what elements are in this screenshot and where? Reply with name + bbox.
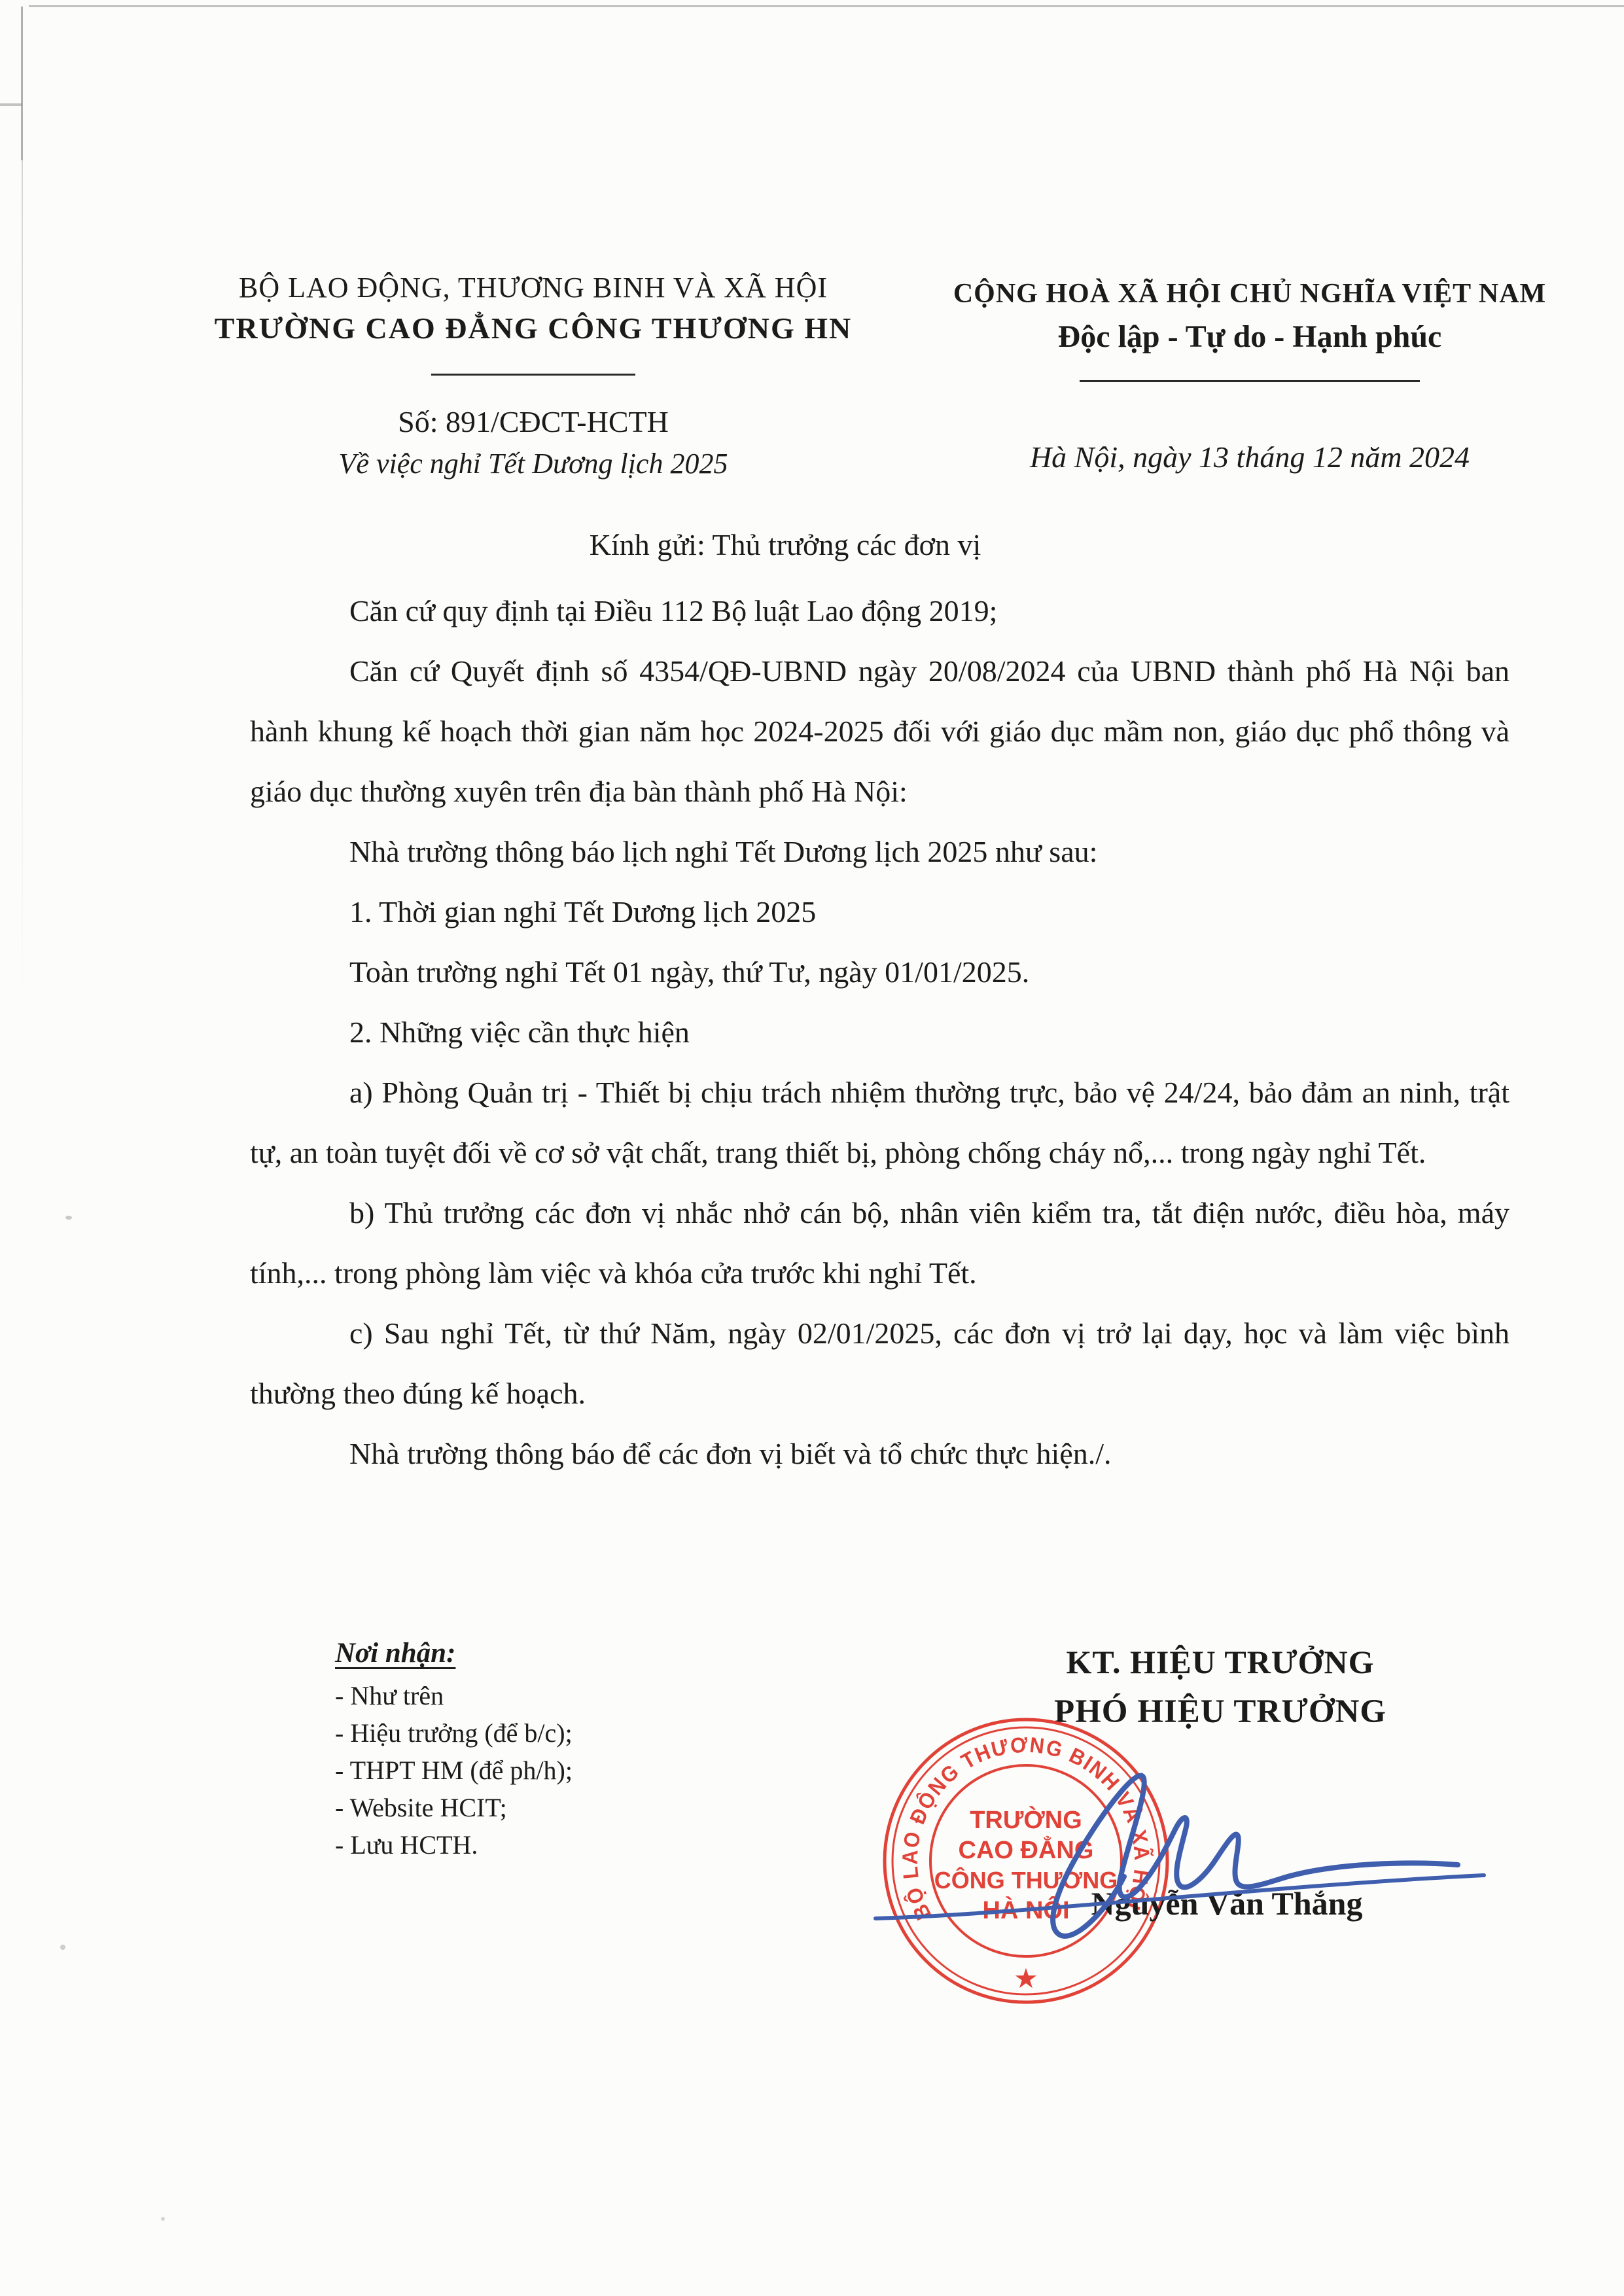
body-paragraph: Căn cứ quy định tại Điều 112 Bộ luật Lao… — [250, 581, 1509, 641]
scan-edge-left-fade — [22, 160, 23, 1011]
document-body: Căn cứ quy định tại Điều 112 Bộ luật Lao… — [250, 581, 1509, 1484]
recipients-title: Nơi nhận: — [335, 1637, 573, 1669]
scan-speck — [161, 2217, 165, 2221]
body-paragraph: b) Thủ trưởng các đơn vị nhắc nhở cán bộ… — [250, 1183, 1509, 1303]
body-paragraph: a) Phòng Quản trị - Thiết bị chịu trách … — [250, 1063, 1509, 1183]
signer-authority: KT. HIỆU TRƯỞNG — [1008, 1642, 1433, 1682]
recipient-item: - Hiệu trưởng (để b/c); — [335, 1714, 573, 1752]
scan-speck — [65, 1216, 72, 1220]
document-number: Số: 891/CĐCT-HCTH — [177, 404, 890, 439]
body-paragraph: c) Sau nghỉ Tết, từ thứ Năm, ngày 02/01/… — [250, 1303, 1509, 1424]
body-paragraph: Căn cứ Quyết định số 4354/QĐ-UBND ngày 2… — [250, 641, 1509, 822]
document-subject: Về việc nghỉ Tết Dương lịch 2025 — [177, 447, 890, 480]
salutation: Kính gửi: Thủ trưởng các đơn vị — [0, 527, 1570, 562]
recipient-item: - THPT HM (để ph/h); — [335, 1752, 573, 1789]
recipient-item: - Như trên — [335, 1677, 573, 1714]
scan-edge-top — [29, 5, 1624, 7]
body-paragraph: Nhà trường thông báo để các đơn vị biết … — [250, 1424, 1509, 1484]
recipients-block: Nơi nhận: - Như trên - Hiệu trưởng (để b… — [335, 1637, 573, 1863]
scan-speck — [60, 1945, 65, 1950]
national-motto-line1: CỘNG HOÀ XÃ HỘI CHỦ NGHĨA VIỆT NAM — [909, 278, 1590, 309]
recipients-list: - Như trên - Hiệu trưởng (để b/c); - THP… — [335, 1677, 573, 1863]
national-motto-line2: Độc lập - Tự do - Hạnh phúc — [909, 319, 1590, 355]
scan-edge-left — [21, 7, 23, 160]
stamp-star-icon: ★ — [1014, 1963, 1038, 1994]
body-paragraph: Nhà trường thông báo lịch nghỉ Tết Dương… — [250, 822, 1509, 882]
body-paragraph: 1. Thời gian nghỉ Tết Dương lịch 2025 — [250, 882, 1509, 942]
header-right-divider — [1080, 380, 1420, 382]
issuing-ministry: BỘ LAO ĐỘNG, THƯƠNG BINH VÀ XÃ HỘI — [177, 272, 890, 304]
place-and-date: Hà Nội, ngày 13 tháng 12 năm 2024 — [909, 440, 1590, 474]
recipient-item: - Lưu HCTH. — [335, 1826, 573, 1863]
document-page: BỘ LAO ĐỘNG, THƯƠNG BINH VÀ XÃ HỘI TRƯỜN… — [0, 0, 1624, 2296]
scan-edge-tick — [0, 103, 22, 106]
header-left: BỘ LAO ĐỘNG, THƯƠNG BINH VÀ XÃ HỘI TRƯỜN… — [177, 272, 890, 480]
body-paragraph: Toàn trường nghỉ Tết 01 ngày, thứ Tư, ng… — [250, 942, 1509, 1002]
body-paragraph: 2. Những việc cần thực hiện — [250, 1002, 1509, 1063]
issuing-school: TRƯỜNG CAO ĐẲNG CÔNG THƯƠNG HN — [177, 311, 890, 346]
header-left-divider — [431, 374, 635, 376]
recipient-item: - Website HCIT; — [335, 1789, 573, 1826]
header-right: CỘNG HOÀ XÃ HỘI CHỦ NGHĨA VIỆT NAM Độc l… — [909, 278, 1590, 474]
handwritten-signature-ink — [851, 1714, 1505, 1963]
